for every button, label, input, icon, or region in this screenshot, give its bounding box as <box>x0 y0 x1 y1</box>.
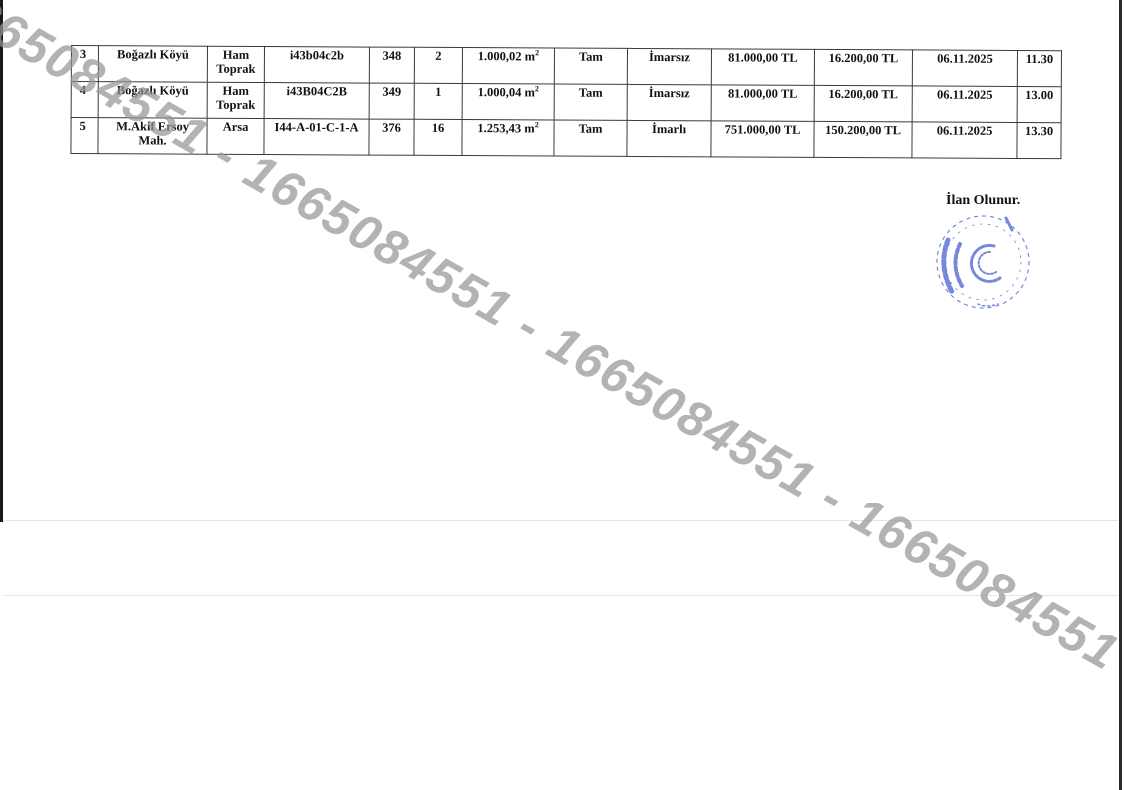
area-value: 1.000,02 m <box>478 49 535 63</box>
cell-type: Ham Toprak <box>207 82 264 118</box>
cell-zoning: İmarsız <box>627 48 711 84</box>
table-row: 3Boğazlı KöyüHam Topraki43b04c2b34821.00… <box>71 46 1061 87</box>
cell-no: 5 <box>71 118 98 154</box>
cell-appraised-value: 751.000,00 TL <box>711 121 814 158</box>
cell-location: Boğazlı Köyü <box>98 46 207 83</box>
cell-no: 4 <box>71 82 98 118</box>
cell-location: Boğazlı Köyü <box>98 82 207 119</box>
cell-parsel: 2 <box>414 47 462 83</box>
cell-ada: 348 <box>369 47 414 83</box>
table-row: 4Boğazlı KöyüHam Topraki43B04C2B34911.00… <box>71 82 1061 123</box>
scan-faint-line <box>3 595 1118 596</box>
cell-deposit: 16.200,00 TL <box>814 85 912 122</box>
cell-no: 3 <box>71 46 98 82</box>
property-auction-table: 3Boğazlı KöyüHam Topraki43b04c2b34821.00… <box>70 45 1062 159</box>
cell-parsel: 1 <box>414 83 462 119</box>
cell-time: 11.30 <box>1017 50 1061 86</box>
cell-ada: 376 <box>369 119 414 155</box>
cell-area: 1.000,02 m2 <box>462 48 554 84</box>
cell-time: 13.30 <box>1017 122 1061 158</box>
cell-location: M.Akif Ersoy Mah. <box>98 118 207 155</box>
cell-date: 06.11.2025 <box>912 50 1017 87</box>
cell-share: Tam <box>554 84 627 120</box>
area-value: 1.253,43 m <box>477 121 534 135</box>
official-stamp-seal-icon <box>928 200 1038 325</box>
cell-pafta: i43b04c2b <box>264 47 369 84</box>
cell-date: 06.11.2025 <box>912 122 1017 159</box>
area-unit-exponent: 2 <box>535 84 539 93</box>
cell-date: 06.11.2025 <box>912 86 1017 123</box>
cell-pafta: i43B04C2B <box>264 83 369 120</box>
scan-page-edge-right <box>1119 0 1122 790</box>
table-row: 5M.Akif Ersoy Mah.ArsaI44-A-01-C-1-A3761… <box>71 118 1061 159</box>
area-value: 1.000,04 m <box>478 85 535 99</box>
cell-area: 1.253,43 m2 <box>462 120 554 156</box>
cell-type: Arsa <box>207 118 264 154</box>
cell-share: Tam <box>554 120 627 156</box>
cell-pafta: I44-A-01-C-1-A <box>264 119 369 156</box>
cell-time: 13.00 <box>1017 86 1061 122</box>
cell-parsel: 16 <box>414 119 462 155</box>
cell-deposit: 16.200,00 TL <box>814 49 912 86</box>
area-unit-exponent: 2 <box>535 48 539 57</box>
cell-appraised-value: 81.000,00 TL <box>711 49 814 86</box>
cell-zoning: İmarsız <box>627 84 711 120</box>
cell-appraised-value: 81.000,00 TL <box>711 85 814 122</box>
cell-share: Tam <box>554 48 627 84</box>
scan-faint-line <box>3 520 1118 521</box>
cell-deposit: 150.200,00 TL <box>814 121 912 158</box>
cell-type: Ham Toprak <box>207 46 264 82</box>
cell-ada: 349 <box>369 83 414 119</box>
cell-area: 1.000,04 m2 <box>462 84 554 120</box>
area-unit-exponent: 2 <box>535 120 539 129</box>
cell-zoning: İmarlı <box>627 120 711 156</box>
scan-page-edge-left <box>0 0 3 522</box>
